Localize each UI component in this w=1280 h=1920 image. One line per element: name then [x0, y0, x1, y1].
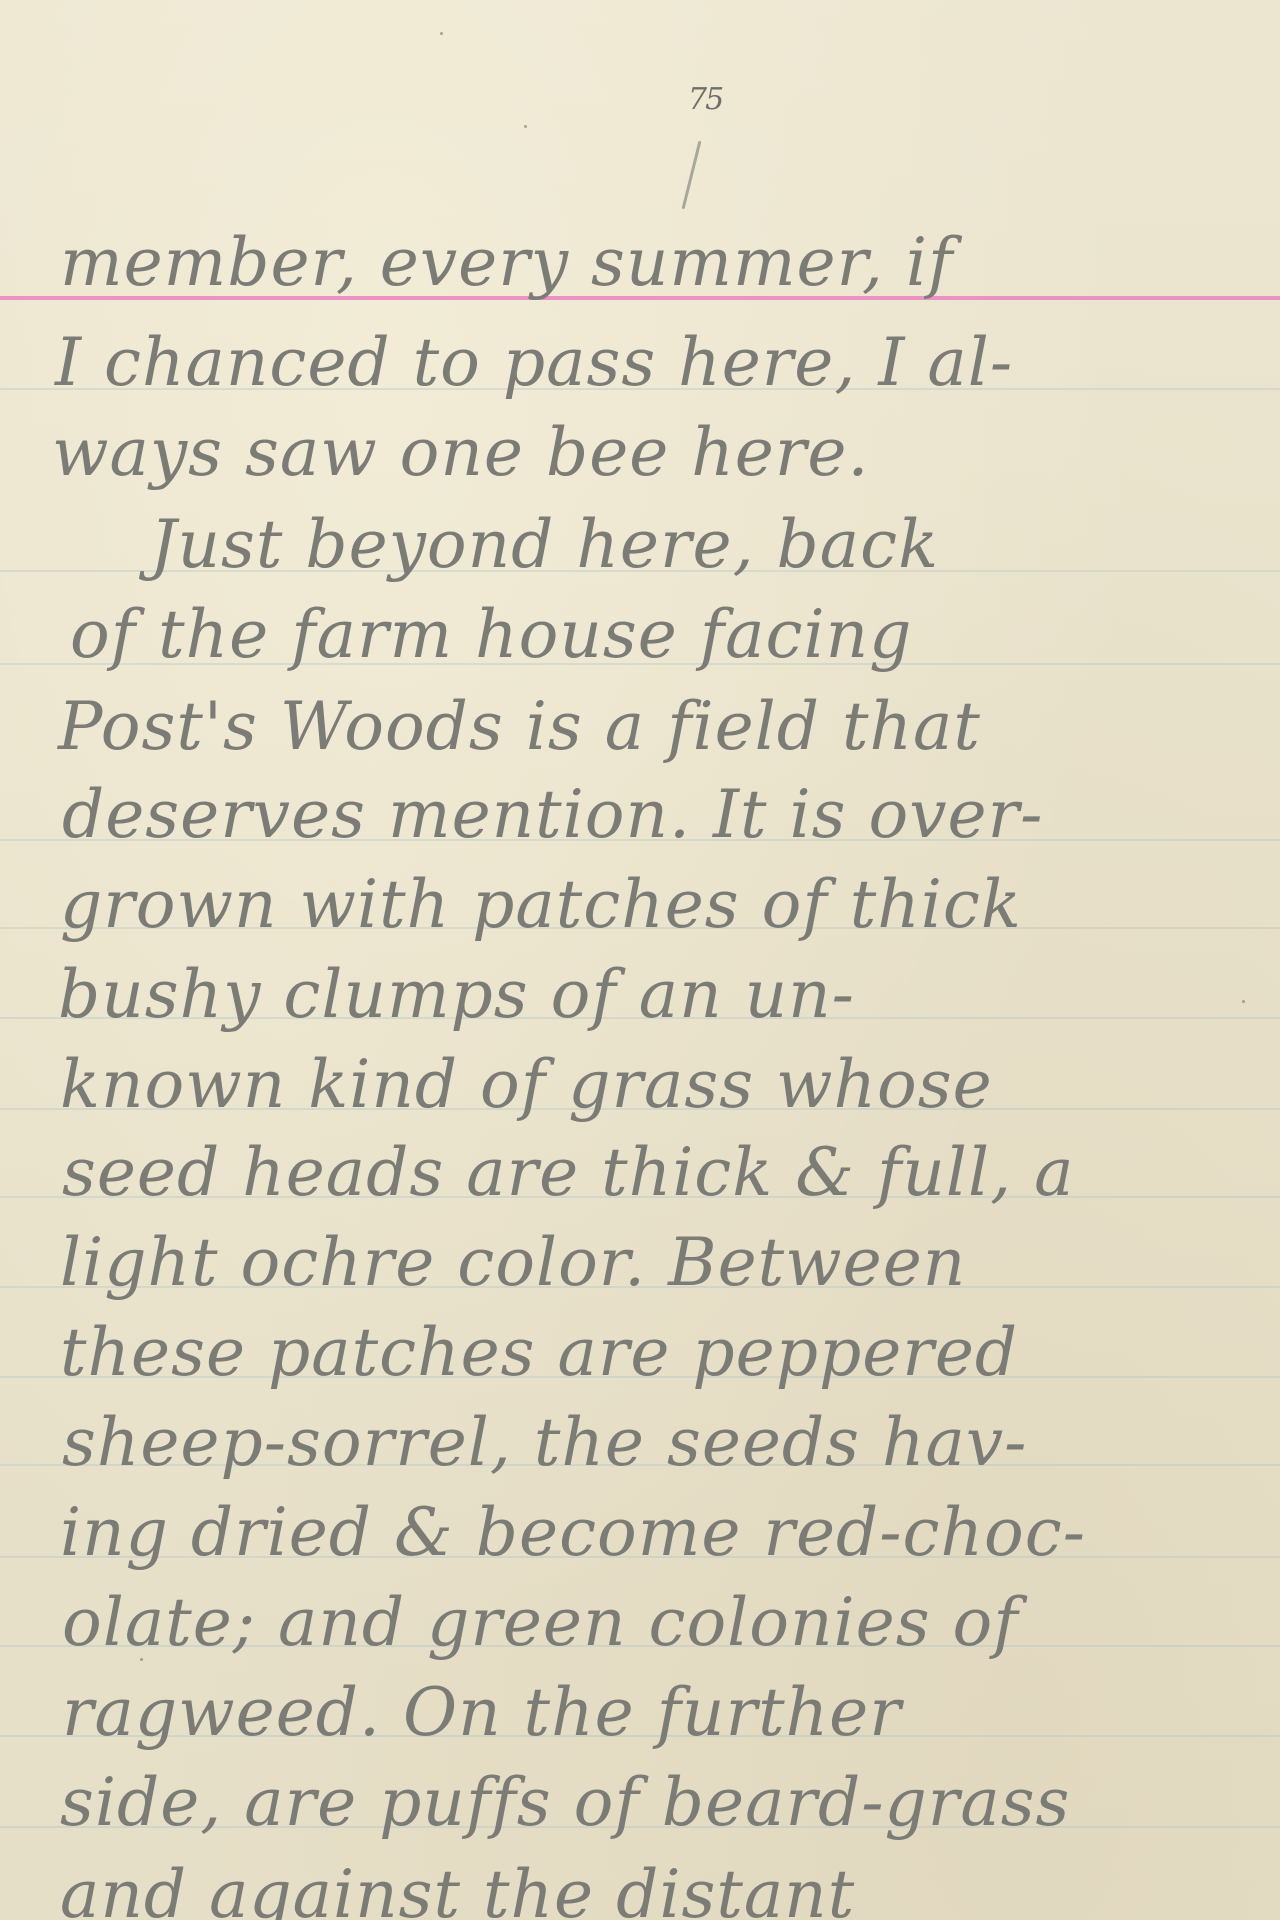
handwritten-line: of the farm house facing	[70, 602, 912, 668]
paper-speck	[524, 125, 527, 128]
paper-speck	[1242, 1000, 1245, 1003]
notebook-page: 75 member, every summer, if I chanced to…	[0, 0, 1280, 1920]
handwritten-line: these patches are peppered	[60, 1320, 1018, 1386]
handwritten-line: member, every summer, if	[60, 230, 953, 296]
handwritten-line: I chanced to pass here, I al-	[55, 330, 1013, 396]
page-number: 75	[688, 82, 722, 117]
handwritten-line: deserves mention. It is over-	[62, 782, 1043, 848]
handwritten-line: bushy clumps of an un-	[58, 962, 855, 1028]
page-number-mark	[682, 141, 702, 210]
handwritten-line: ways saw one bee here.	[52, 420, 869, 486]
handwritten-line: Just beyond here, back	[150, 512, 939, 578]
handwritten-line: sheep-sorrel, the seeds hav-	[62, 1410, 1027, 1476]
handwritten-line: Post's Woods is a field that	[58, 694, 981, 760]
handwritten-line: seed heads are thick & full, a	[62, 1140, 1074, 1206]
handwritten-line: ragweed. On the further	[62, 1680, 902, 1746]
handwritten-line: light ochre color. Between	[60, 1230, 966, 1296]
handwritten-line: side, are puffs of beard-grass	[60, 1770, 1070, 1836]
handwritten-line: known kind of grass whose	[60, 1052, 993, 1118]
handwritten-line: olate; and green colonies of	[62, 1590, 1019, 1656]
handwritten-line: ing dried & become red-choc-	[60, 1500, 1086, 1566]
paper-speck	[440, 32, 443, 35]
handwritten-line: and against the distant	[60, 1862, 855, 1920]
handwritten-line: grown with patches of thick	[60, 872, 1022, 938]
